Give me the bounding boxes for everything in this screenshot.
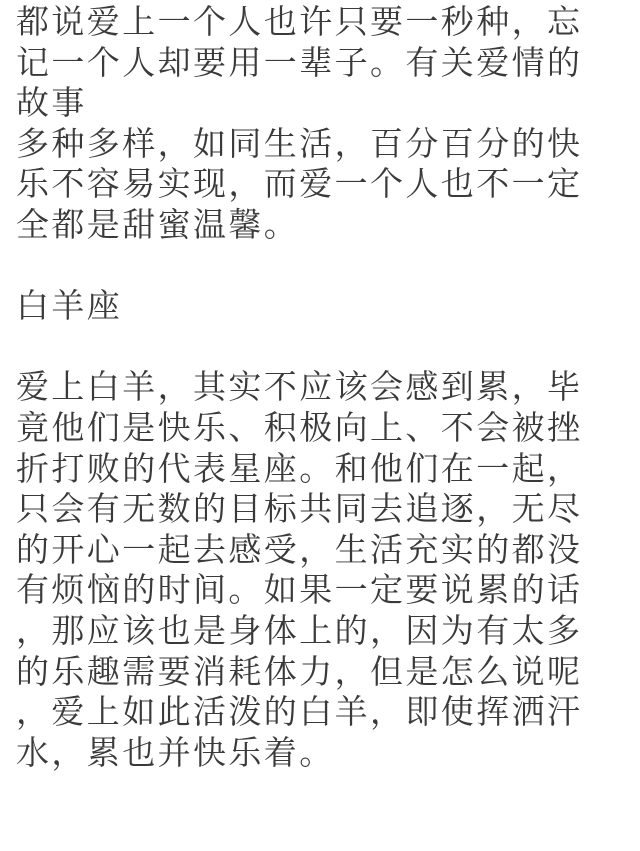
text-line: 爱上白羊，其实不应该会感到累，毕 <box>16 367 636 408</box>
text-line: 折打败的代表星座。和他们在一起， <box>16 449 636 490</box>
text-line: 竟他们是快乐、积极向上、不会被挫 <box>16 408 636 449</box>
text-line: 乐不容易实现，而爱一个人也不一定 <box>16 164 636 205</box>
text-line: 多种多样，如同生活，百分百分的快 <box>16 124 636 165</box>
intro-paragraph: 都说爱上一个人也许只要一秒种，忘 记一个人却要用一辈子。有关爱情的 故事 多种多… <box>16 2 636 246</box>
text-line: ，那应该也是身体上的，因为有太多 <box>16 611 636 652</box>
text-line: 只会有无数的目标共同去追逐，无尽 <box>16 489 636 530</box>
text-line: 有烦恼的时间。如果一定要说累的话 <box>16 570 636 611</box>
text-line: 故事 <box>16 83 636 124</box>
text-line: 的开心一起去感受，生活充实的都没 <box>16 530 636 571</box>
section-heading: 白羊座 <box>16 286 636 327</box>
paragraph-spacer <box>16 327 636 368</box>
text-line: 水，累也并快乐着。 <box>16 733 636 774</box>
text-line: 记一个人却要用一辈子。有关爱情的 <box>16 43 636 84</box>
paragraph-spacer <box>16 246 636 287</box>
text-line: 的乐趣需要消耗体力，但是怎么说呢 <box>16 652 636 693</box>
text-line: 都说爱上一个人也许只要一秒种，忘 <box>16 2 636 43</box>
text-line: ，爱上如此活泼的白羊，即使挥洒汗 <box>16 692 636 733</box>
text-line: 全都是甜蜜温馨。 <box>16 205 636 246</box>
body-paragraph: 爱上白羊，其实不应该会感到累，毕 竟他们是快乐、积极向上、不会被挫 折打败的代表… <box>16 367 636 773</box>
article-text: 都说爱上一个人也许只要一秒种，忘 记一个人却要用一辈子。有关爱情的 故事 多种多… <box>16 0 636 773</box>
